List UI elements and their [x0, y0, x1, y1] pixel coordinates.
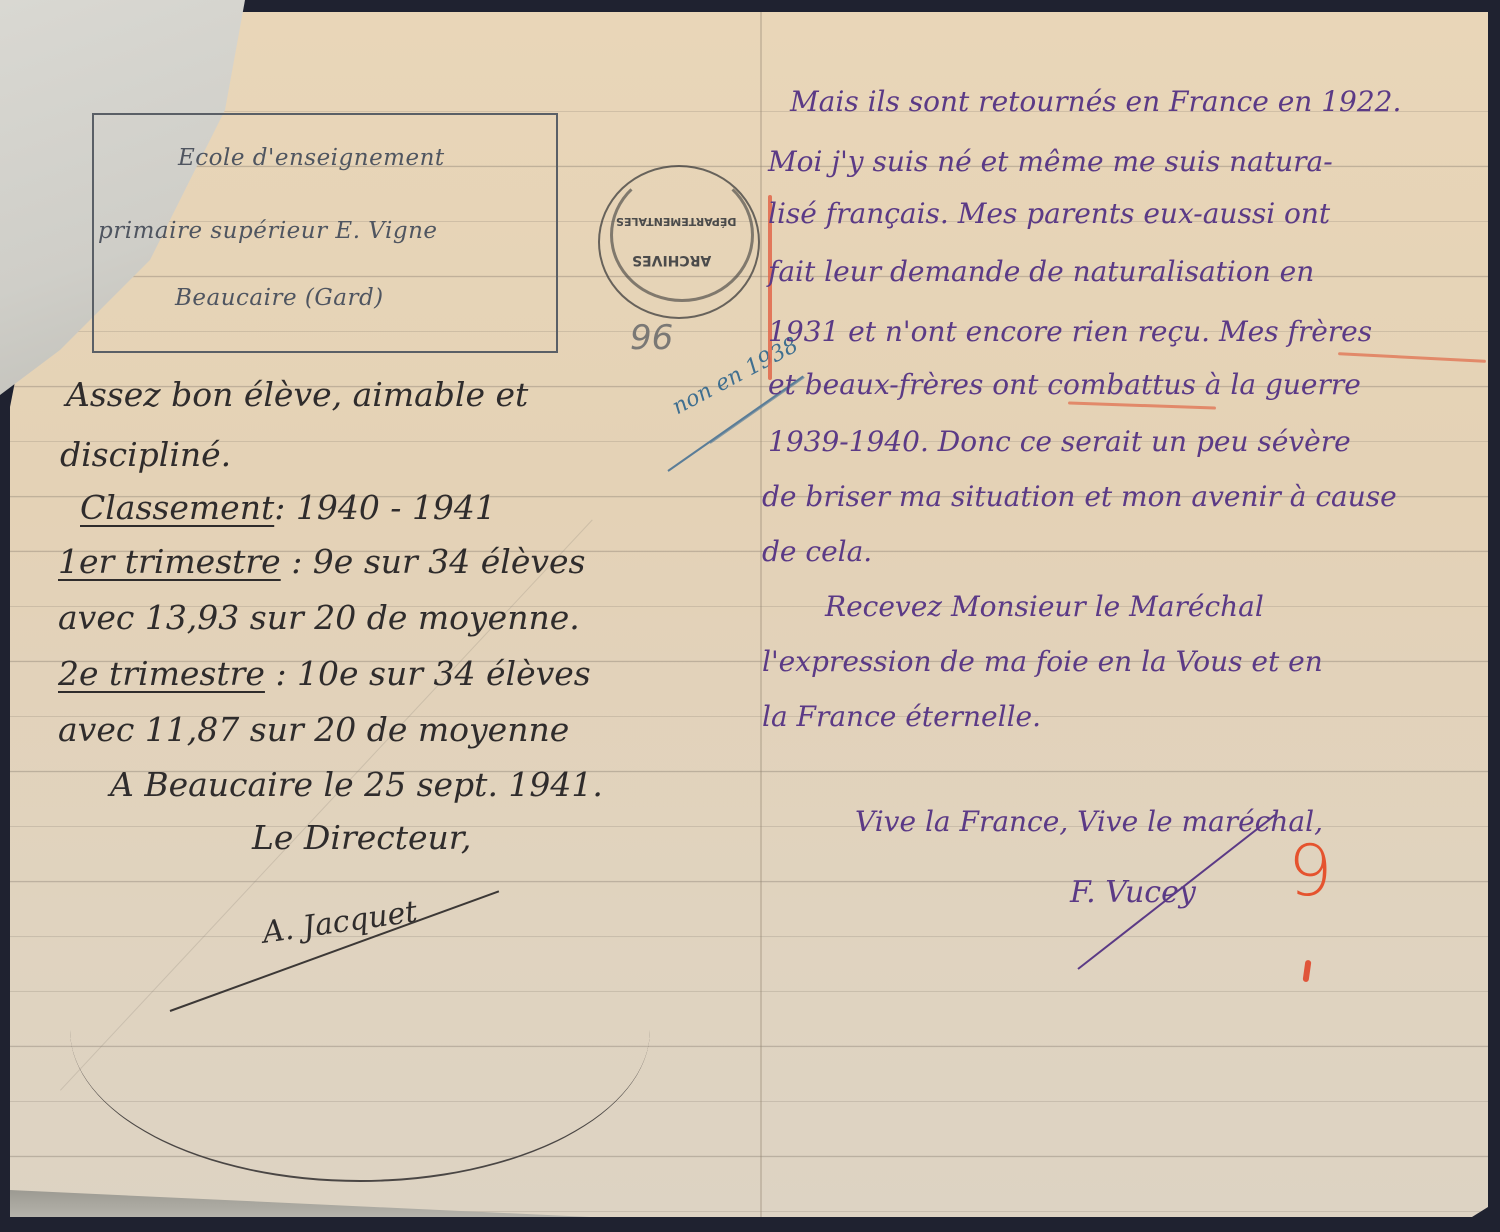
term1-row: 1er trimestre : 9e sur 34 élèves [58, 542, 585, 581]
letter-line-3: lisé français. Mes parents eux-aussi ont [768, 197, 1330, 230]
classement-row: Classement: 1940 - 1941 [80, 488, 496, 527]
report-place-date: A Beaucaire le 25 sept. 1941. [110, 765, 603, 804]
term2-row: 2e trimestre : 10e sur 34 élèves [58, 654, 591, 693]
letter-line-12: la France éternelle. [762, 700, 1041, 733]
pencil-folio-number: 96 [630, 318, 673, 358]
term2-average: avec 11,87 sur 20 de moyenne [58, 710, 569, 749]
school-header-line1: Ecole d'enseignement [178, 145, 445, 171]
term1-average: avec 13,93 sur 20 de moyenne. [58, 598, 580, 637]
letter-line-1: Mais ils sont retournés en France en 192… [790, 85, 1401, 118]
letter-line-6: et beaux-frères ont combattus à la guerr… [768, 368, 1361, 401]
report-comment-line1: Assez bon élève, aimable et [66, 375, 528, 414]
letter-line-9: de cela. [762, 535, 872, 568]
red-mark-nine: 9 [1288, 830, 1333, 912]
letter-line-7: 1939-1940. Donc ce serait un peu sévère [768, 425, 1351, 458]
letter-line-10: Recevez Monsieur le Maréchal [825, 590, 1264, 623]
report-signatory: Le Directeur, [252, 818, 471, 857]
stamp-label: ARCHIVES [632, 252, 711, 268]
letter-line-2: Moi j'y suis né et même me suis natura- [768, 145, 1333, 178]
archive-stamp-inner-ring [610, 168, 754, 302]
letter-line-4: fait leur demande de naturalisation en [768, 255, 1314, 288]
school-header-line3: Beaucaire (Gard) [175, 285, 384, 311]
report-comment-line2: discipliné. [60, 435, 231, 474]
classement-label: Classement [80, 488, 274, 527]
term1-rank: : 9e sur 34 élèves [291, 542, 585, 581]
letter-line-5: 1931 et n'ont encore rien reçu. Mes frèr… [768, 315, 1372, 348]
center-fold-crease [760, 12, 762, 1217]
term2-rank: : 10e sur 34 élèves [275, 654, 590, 693]
letter-line-11: l'expression de ma foie en la Vous et en [762, 645, 1323, 678]
term2-label: 2e trimestre [58, 654, 265, 693]
document-scan: Ecole d'enseignement primaire supérieur … [0, 0, 1500, 1232]
school-header-line2: primaire supérieur E. Vigne [98, 218, 438, 244]
term1-label: 1er trimestre [58, 542, 281, 581]
classement-years: : 1940 - 1941 [274, 488, 496, 527]
letter-line-8: de briser ma situation et mon avenir à c… [762, 480, 1397, 513]
stamp-sublabel: DÉPARTEMENTALES [616, 215, 736, 228]
